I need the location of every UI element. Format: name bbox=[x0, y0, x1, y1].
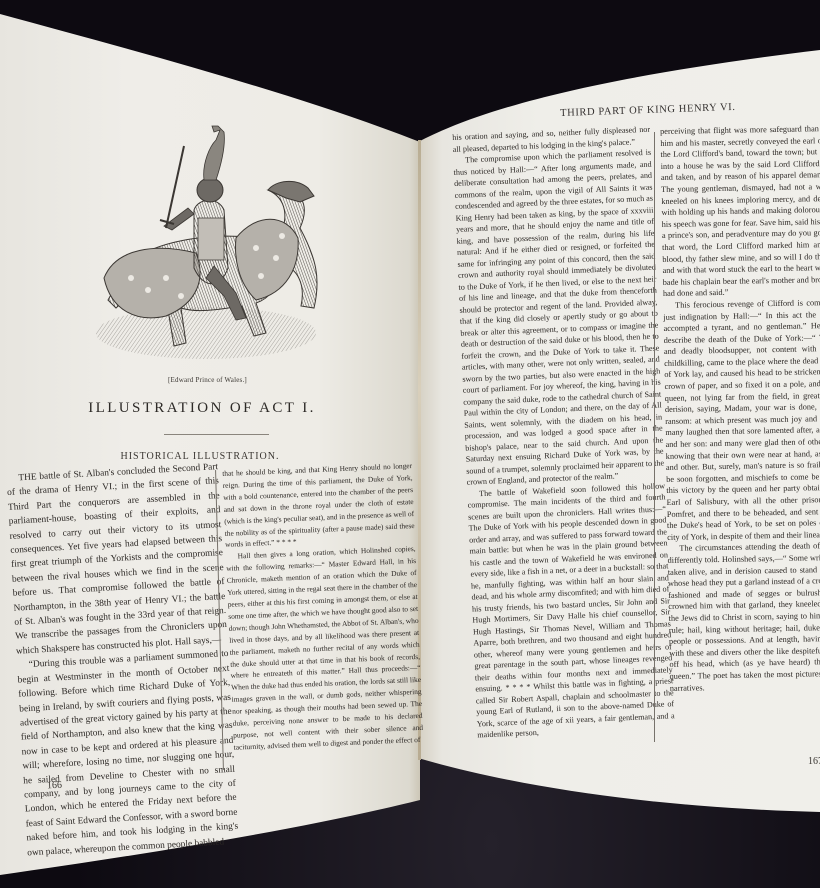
paragraph: The compromise upon which the parliament… bbox=[453, 147, 665, 488]
page-number-left: 166 bbox=[47, 780, 63, 792]
paragraph: The battle of Wakefield soon followed th… bbox=[467, 480, 675, 741]
left-page-column-2: that he should be king, and that King He… bbox=[222, 460, 424, 753]
paragraph: THE battle of St. Alban's concluded the … bbox=[6, 460, 228, 659]
right-page-column-1: his oration and saying, and so, neither … bbox=[452, 124, 675, 741]
paragraph: “During this trouble was a parliament su… bbox=[16, 647, 239, 860]
paragraph: perceiving that flight was more safeguar… bbox=[660, 122, 820, 300]
column-divider bbox=[654, 132, 655, 742]
title-divider bbox=[164, 434, 269, 435]
paragraph: The circumstances attending the death of… bbox=[667, 539, 820, 694]
paragraph: Hall then gives a long oration, which Ho… bbox=[225, 543, 423, 753]
left-page-column-1: THE battle of St. Alban's concluded the … bbox=[6, 460, 239, 860]
knight-on-horse-engraving bbox=[86, 118, 336, 376]
illustration-caption: [Edward Prince of Wales.] bbox=[168, 376, 247, 384]
section-title: ILLUSTRATION OF ACT I. bbox=[0, 400, 412, 417]
right-page-column-2: perceiving that flight was more safeguar… bbox=[660, 122, 820, 694]
page-number-right: 167 bbox=[808, 756, 820, 767]
paragraph: This ferocious revenge of Clifford is co… bbox=[663, 296, 820, 543]
paragraph: that he should be king, and that King He… bbox=[222, 460, 415, 551]
